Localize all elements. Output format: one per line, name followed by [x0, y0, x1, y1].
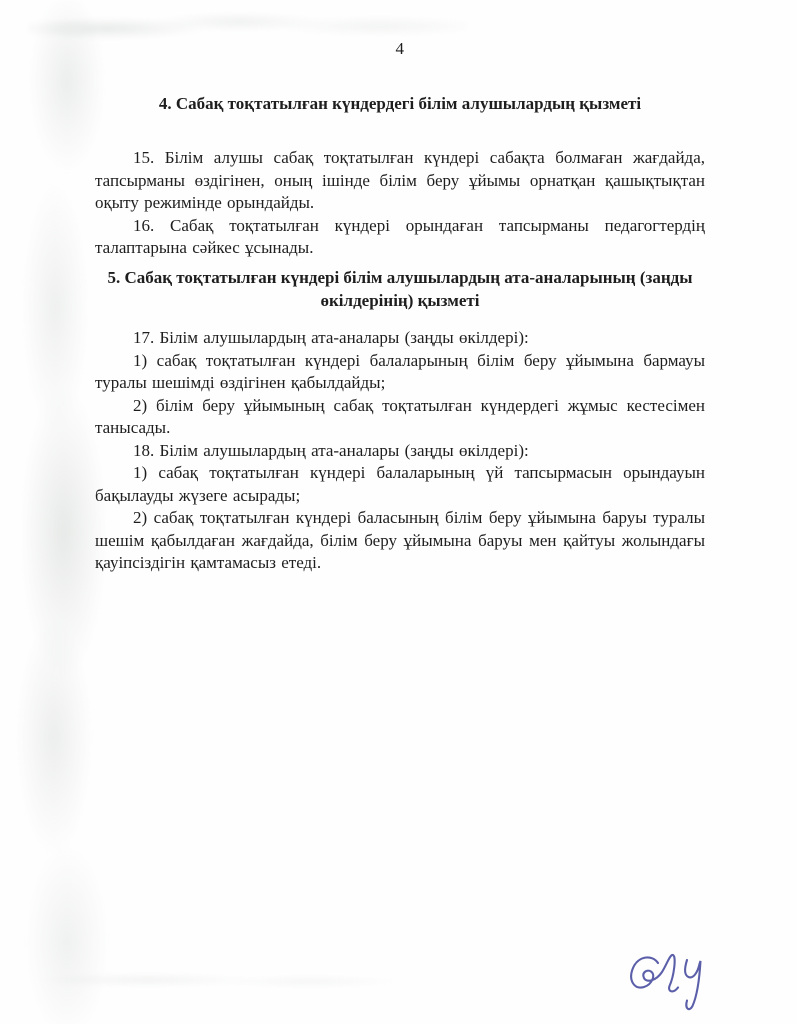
signature-stroke-2	[685, 960, 700, 1009]
page-number: 4	[95, 38, 705, 61]
clause-17-item-2: 2) білім беру ұйымының сабақ тоқтатылған…	[95, 395, 705, 440]
section-5-paragraphs: 17. Білім алушылардың ата-аналары (заңды…	[95, 327, 705, 575]
signature-ink	[612, 942, 737, 1024]
section-heading-4: 4. Сабақ тоқтатылған күндердегі білім ал…	[95, 93, 705, 116]
section-4-paragraphs: 15. Білім алушы сабақ тоқтатылған күндер…	[95, 147, 705, 260]
clause-17-item-1: 1) сабақ тоқтатылған күндері балаларының…	[95, 350, 705, 395]
clause-15: 15. Білім алушы сабақ тоқтатылған күндер…	[95, 147, 705, 215]
signature-stroke-1	[631, 955, 678, 991]
section-heading-5: 5. Сабақ тоқтатылған күндері білім алушы…	[95, 267, 705, 312]
clause-18-intro: 18. Білім алушылардың ата-аналары (заңды…	[95, 440, 705, 463]
scan-noise-bottom-edge	[40, 965, 400, 995]
clause-18-item-1: 1) сабақ тоқтатылған күндері балаларының…	[95, 462, 705, 507]
clause-17-intro: 17. Білім алушылардың ата-аналары (заңды…	[95, 327, 705, 350]
document-page: 4 4. Сабақ тоқтатылған күндердегі білім …	[0, 0, 797, 1024]
clause-16: 16. Сабақ тоқтатылған күндері орындаған …	[95, 215, 705, 260]
clause-18-item-2: 2) сабақ тоқтатылған күндері баласының б…	[95, 507, 705, 575]
